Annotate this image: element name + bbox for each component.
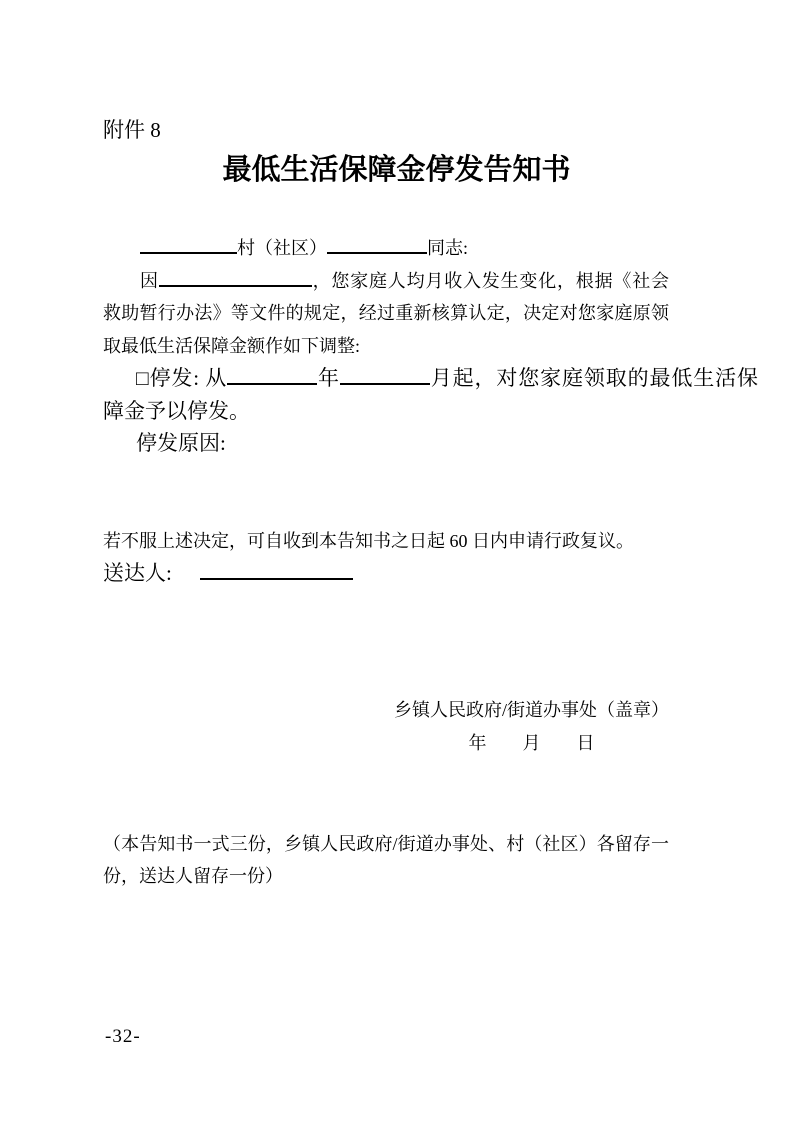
document-page: 附件 8 最低生活保障金停发告知书 村（社区）同志: 因，您家庭人均月收入发生变… [0,0,793,1122]
year-blank[interactable] [227,369,317,385]
signature-inner: 乡镇人民政府/街道办事处（盖章） 年 月 日 [394,694,669,760]
salutation-line: 村（社区）同志: [103,232,669,265]
stop-reason-label: 停发原因: [136,431,226,455]
page-title: 最低生活保障金停发告知书 [105,149,688,191]
document-body: 村（社区）同志: 因，您家庭人均月收入发生变化，根据《社会救助暂行办法》等文件的… [103,232,669,893]
signature-block: 乡镇人民政府/街道办事处（盖章） 年 月 日 [103,694,669,760]
reason-blank[interactable] [159,271,312,287]
reason-prefix: 因 [140,271,159,291]
deliverer-label: 送达人: [103,561,172,585]
month-blank[interactable] [340,369,430,385]
deliverer-blank[interactable] [200,564,353,580]
comrade-label: 同志: [427,238,468,258]
attachment-label: 附件 8 [103,115,793,145]
stop-reason-line: 停发原因: [103,427,669,460]
signature-org: 乡镇人民政府/街道办事处（盖章） [394,694,669,727]
year-label: 年 [317,366,340,390]
stop-label: 停发: 从 [150,366,228,390]
appeal-line: 若不服上述决定，可自收到本告知书之日起 60 日内申请行政复议。 [103,525,669,558]
reason-paragraph: 因，您家庭人均月收入发生变化，根据《社会救助暂行办法》等文件的规定，经过重新核算… [103,265,669,363]
page-number: -32- [105,1023,141,1051]
signature-date: 年 月 日 [394,727,669,760]
comrade-name-blank[interactable] [327,238,427,254]
village-label: 村（社区） [237,238,327,258]
footnote: （本告知书一式三份，乡镇人民政府/街道办事处、村（社区）各留存一份，送达人留存一… [103,828,669,893]
deliverer-line: 送达人: [103,557,669,590]
stop-checkbox[interactable]: □ [136,366,150,390]
stop-paragraph: □停发: 从年月起，对您家庭领取的最低生活保障金予以停发。 [103,362,758,427]
village-name-blank[interactable] [140,238,237,254]
